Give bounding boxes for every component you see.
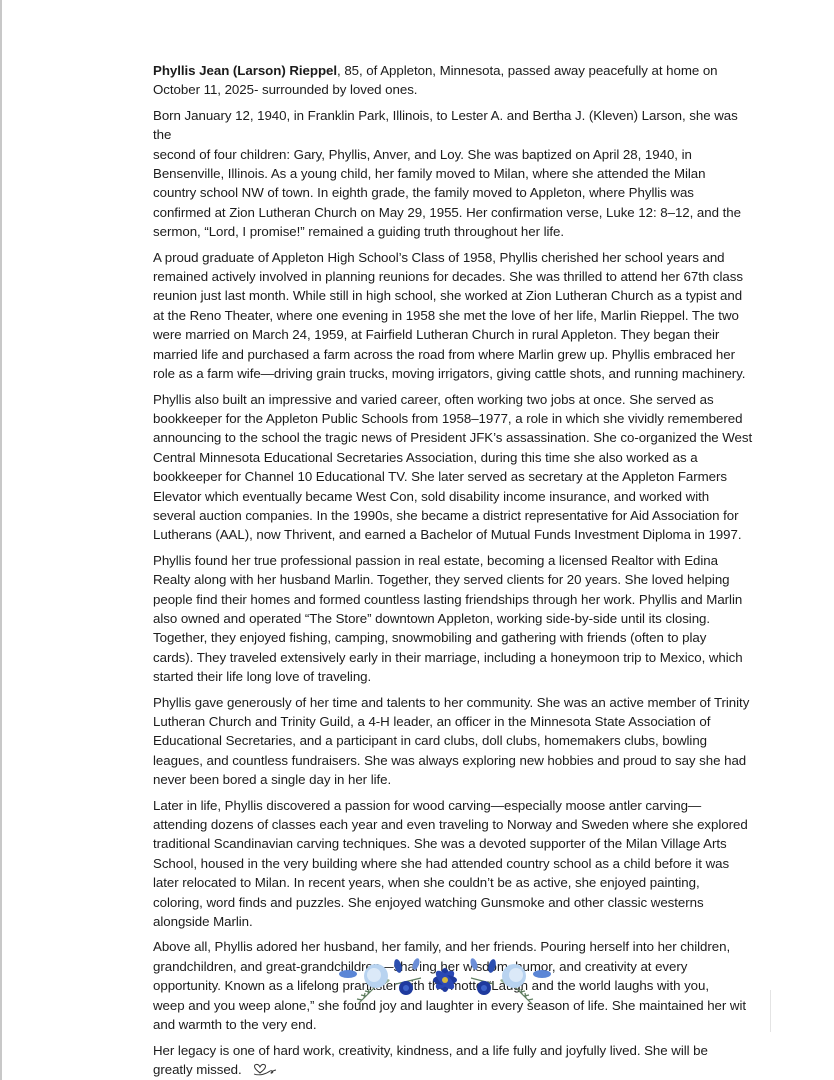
floral-divider [336,956,554,1016]
obituary-document: Phyllis Jean (Larson) Rieppel, 85, of Ap… [153,61,753,1080]
paragraph-intro: Phyllis Jean (Larson) Rieppel, 85, of Ap… [153,61,753,100]
paragraph-later-life: Later in life, Phyllis discovered a pass… [153,796,753,932]
paragraph-legacy: Her legacy is one of hard work, creativi… [153,1041,753,1080]
paragraph-community: Phyllis gave generously of her time and … [153,693,753,790]
deceased-name: Phyllis Jean (Larson) Rieppel [153,63,337,78]
paragraph-career: Phyllis also built an impressive and var… [153,390,753,545]
paragraph-real-estate: Phyllis found her true professional pass… [153,551,753,687]
paragraph-school-marriage: A proud graduate of Appleton High School… [153,248,753,384]
page-edge-rule [770,990,771,1032]
legacy-text: Her legacy is one of hard work, creativi… [153,1043,708,1077]
paragraph-early-life: Born January 12, 1940, in Franklin Park,… [153,106,753,242]
heart-flourish-icon [252,1062,280,1080]
